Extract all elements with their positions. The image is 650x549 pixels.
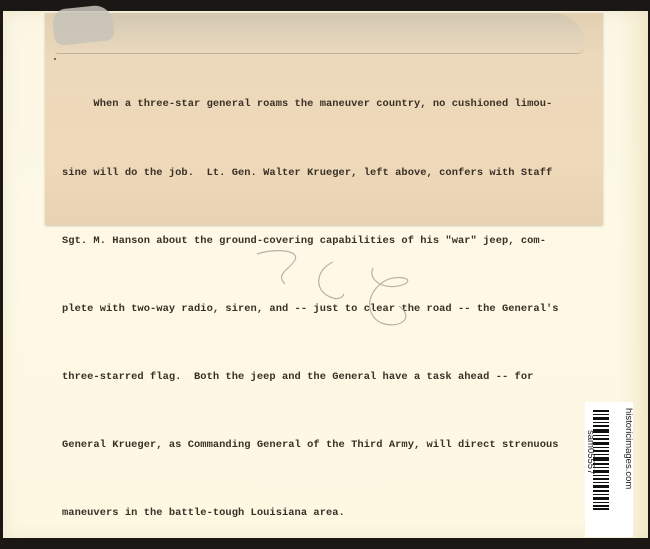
caption-line: maneuvers in the battle-tough Louisiana … xyxy=(62,502,542,525)
caption-line: General Krueger, as Commanding General o… xyxy=(62,434,542,457)
barcode-id-text: sam05557 xyxy=(585,430,596,474)
caption-line: sine will do the job. Lt. Gen. Walter Kr… xyxy=(62,162,542,185)
barcode-site-text: historicimages.com xyxy=(623,408,634,489)
caption-line: three-starred flag. Both the jeep and th… xyxy=(62,366,542,389)
handwritten-pencil-marks xyxy=(255,240,415,330)
caption-line: When a three-star general roams the mane… xyxy=(62,93,542,116)
tape-corner xyxy=(51,4,114,46)
ink-dot xyxy=(54,58,56,60)
